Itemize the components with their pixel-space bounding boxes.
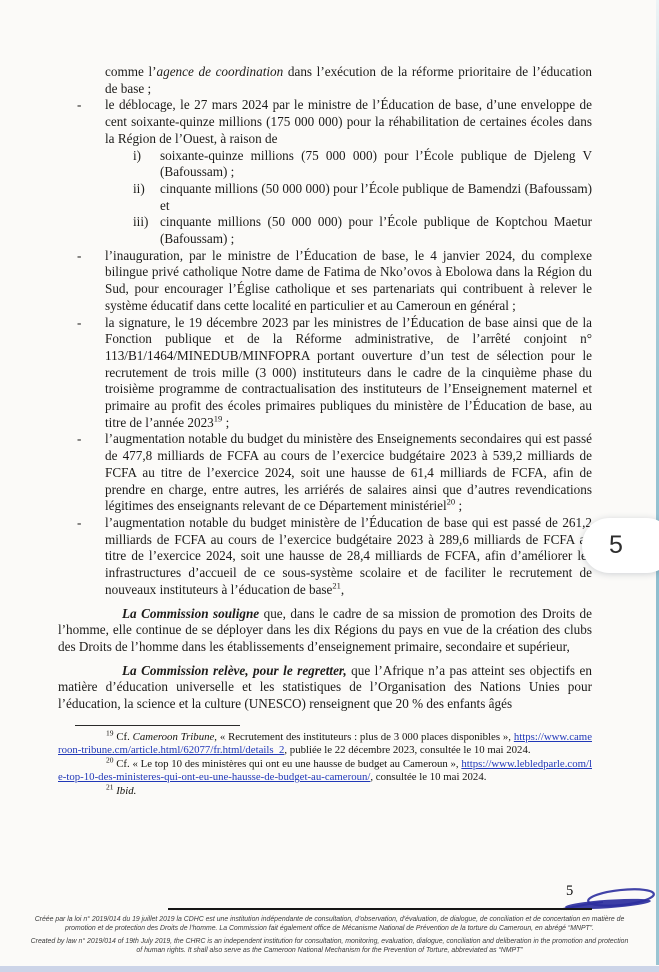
text-run: l’augmentation notable du budget du mini… (105, 431, 592, 513)
text-run: comme l’ (105, 64, 157, 79)
bullet-dash: - (58, 248, 105, 315)
text-run: l’inauguration, par le ministre de l’Édu… (105, 248, 592, 313)
list-item: - l’inauguration, par le ministre de l’É… (58, 248, 592, 315)
sub-item-text: cinquante millions (50 000 000) pour l’É… (160, 181, 592, 214)
footnote-ref-20: 20 (447, 497, 456, 507)
document-page: comme l’agence de coordination dans l’ex… (0, 0, 659, 972)
list-item: - l’augmentation notable du budget minis… (58, 515, 592, 599)
bullet-dash: - (58, 315, 105, 432)
document-body: comme l’agence de coordination dans l’ex… (0, 0, 659, 798)
footnote-number: 21 (106, 782, 114, 791)
text-run: , (341, 582, 344, 597)
text-run: l’augmentation notable du budget ministè… (105, 515, 592, 597)
bullet-dash: - (58, 431, 105, 515)
page-indicator-badge: 5 (582, 518, 659, 573)
footnote-number: 19 (106, 728, 114, 737)
footer-note: Créée par la loi n° 2019/014 du 19 juill… (28, 916, 631, 955)
sub-list-item: iii) cinquante millions (50 000 000) pou… (133, 214, 592, 247)
commission-paragraph: La Commission relève, pour le regretter,… (58, 663, 592, 713)
footnote-21: 21 Ibid. (58, 785, 592, 799)
text-run: ; (222, 415, 229, 430)
bullet-dash: - (58, 97, 105, 247)
footnote-20: 20 Cf. « Le top 10 des ministères qui on… (58, 758, 592, 785)
footnote-ref-19: 19 (214, 413, 223, 423)
text-run: , « Recrutement des instituteurs : plus … (214, 731, 514, 743)
text-run-italic: Cameroon Tribune (133, 731, 215, 743)
text-run: Cf. « Le top 10 des ministères qui ont e… (114, 758, 462, 770)
text-run-italic: agence de coordination (157, 64, 284, 79)
paragraph-lead: La Commission souligne (122, 606, 259, 621)
list-item-text: l’inauguration, par le ministre de l’Édu… (105, 248, 592, 315)
sub-item-label: i) (133, 148, 160, 181)
footnotes-section: 19 Cf. Cameroon Tribune, « Recrutement d… (58, 731, 592, 799)
footnote-ref-21: 21 (332, 580, 341, 590)
text-run: Cf. (114, 731, 133, 743)
text-run: , publiée le 22 décembre 2023, consultée… (284, 744, 530, 756)
text-run: le déblocage, le 27 mars 2024 par le min… (105, 97, 592, 145)
list-item-text: l’augmentation notable du budget ministè… (105, 515, 592, 599)
list-item: - l’augmentation notable du budget du mi… (58, 431, 592, 515)
footer-text-french: Créée par la loi n° 2019/014 du 19 juill… (28, 916, 631, 933)
commission-paragraph: La Commission souligne que, dans le cadr… (58, 606, 592, 656)
footnote-number: 20 (106, 755, 114, 764)
footnote-separator (75, 725, 240, 726)
page-bottom-edge (0, 966, 659, 972)
list-item: - le déblocage, le 27 mars 2024 par le m… (58, 97, 592, 247)
text-run: la signature, le 19 décembre 2023 par le… (105, 315, 592, 430)
list-item: - la signature, le 19 décembre 2023 par … (58, 315, 592, 432)
sub-item-text: cinquante millions (50 000 000) pour l’É… (160, 214, 592, 247)
pen-scribble (545, 878, 659, 918)
text-run-italic: Ibid. (116, 785, 136, 797)
sub-item-label: ii) (133, 181, 160, 214)
bullet-dash: - (58, 515, 105, 599)
paragraph-continuation: comme l’agence de coordination dans l’ex… (105, 64, 592, 97)
paragraph-lead: La Commission relève, pour le regretter, (122, 663, 347, 678)
page-indicator-number: 5 (609, 531, 623, 560)
footer-separator (168, 908, 592, 910)
sub-item-text: soixante-quinze millions (75 000 000) po… (160, 148, 592, 181)
sub-list-item: i) soixante-quinze millions (75 000 000)… (133, 148, 592, 181)
list-item-text: l’augmentation notable du budget du mini… (105, 431, 592, 515)
text-run: ; (455, 498, 462, 513)
list-item-text: le déblocage, le 27 mars 2024 par le min… (105, 97, 592, 247)
sub-item-label: iii) (133, 214, 160, 247)
list-item-text: la signature, le 19 décembre 2023 par le… (105, 315, 592, 432)
sub-list-item: ii) cinquante millions (50 000 000) pour… (133, 181, 592, 214)
footnote-19: 19 Cf. Cameroon Tribune, « Recrutement d… (58, 731, 592, 758)
footer-text-english: Created by law n° 2019/014 of 19th July … (28, 938, 631, 955)
text-run: , consultée le 10 mai 2024. (370, 771, 486, 783)
